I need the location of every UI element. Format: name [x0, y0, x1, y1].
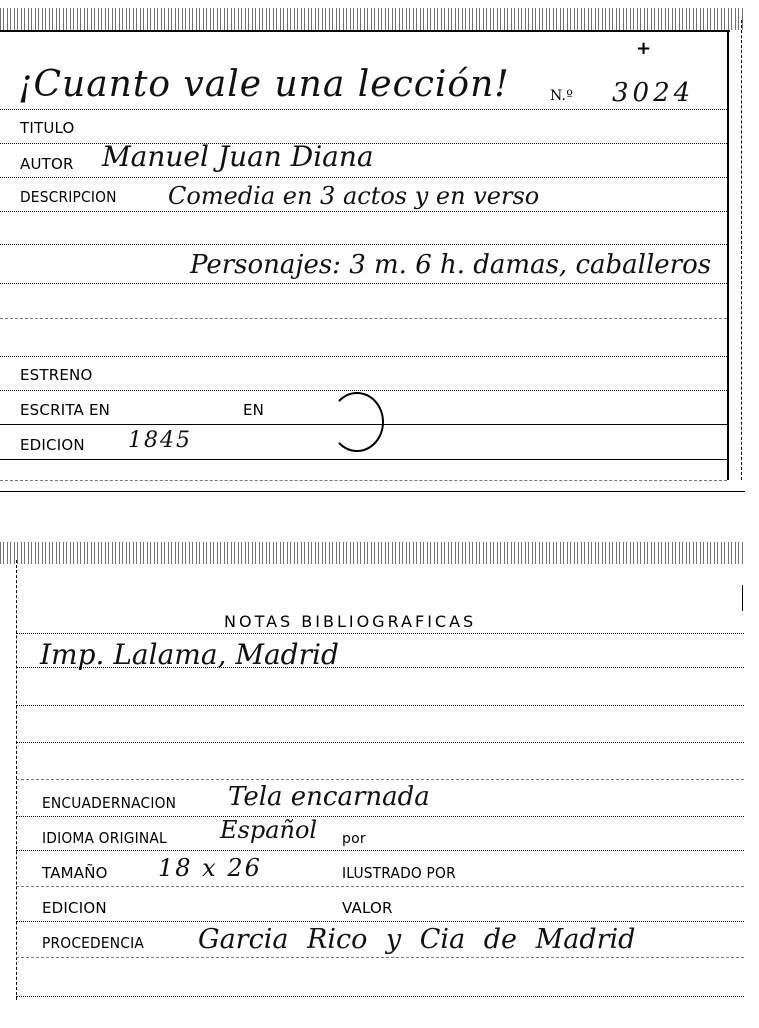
- title-line: [0, 109, 727, 110]
- por-label: por: [342, 831, 366, 847]
- encuadernacion-label: ENCUADERNACION: [42, 794, 176, 812]
- punch-hole-mark: [330, 392, 384, 452]
- edicion-label: EDICION: [20, 436, 85, 454]
- tamano-line: [16, 886, 744, 887]
- idioma-original-value: Español: [220, 816, 317, 844]
- descripcion-line-4: [0, 318, 727, 319]
- notes-line-1: [16, 633, 744, 634]
- personajes-value: Personajes: 3 m. 6 h. damas, caballeros: [190, 250, 711, 280]
- procedencia-line: [16, 957, 744, 958]
- descripcion-label: DESCRIPCION: [20, 188, 117, 206]
- notes-line-4: [16, 742, 744, 743]
- procedencia-value: Garcia Rico y Cia de Madrid: [198, 924, 635, 955]
- title-handwritten: ¡Cuanto vale una lección!: [18, 64, 510, 105]
- notes-line-2: [16, 667, 744, 668]
- descripcion-value: Comedia en 3 actos y en verso: [168, 182, 539, 210]
- edicion-label-2: EDICION: [42, 899, 107, 917]
- notes-heading: NOTAS BIBLIOGRAFICAS: [224, 612, 476, 631]
- card-right-edge: [741, 20, 742, 480]
- autor-value: Manuel Juan Diana: [102, 140, 374, 173]
- tamano-label: TAMAÑO: [42, 864, 108, 882]
- autor-label: AUTOR: [20, 155, 74, 173]
- idioma-original-label: IDIOMA ORIGINAL: [42, 829, 167, 847]
- encuadernacion-value: Tela encarnada: [228, 782, 430, 812]
- estreno-label: ESTRENO: [20, 366, 93, 384]
- edicion-value: 1845: [128, 428, 192, 453]
- idioma-line: [16, 850, 744, 851]
- encuadernacion-line: [16, 816, 744, 817]
- card-right-border-2: [742, 585, 743, 611]
- card-right-border: [727, 30, 729, 480]
- edicion-line: [0, 459, 727, 460]
- estreno-line: [0, 390, 727, 391]
- procedencia-label: PROCEDENCIA: [42, 934, 144, 952]
- titulo-label: TITULO: [20, 119, 75, 137]
- descripcion-line: [0, 211, 727, 212]
- card-bottom-line-2: [16, 996, 744, 997]
- valor-label: VALOR: [342, 899, 393, 917]
- check-mark: +: [636, 38, 651, 59]
- ilustrado-por-label: ILUSTRADO POR: [342, 864, 456, 882]
- en-label: EN: [243, 401, 264, 419]
- catalog-card-back: NOTAS BIBLIOGRAFICAS Imp. Lalama, Madrid…: [0, 560, 759, 1028]
- tamano-value: 18 x 26: [158, 854, 262, 882]
- descripcion-line-3: [0, 283, 727, 284]
- notes-line-5: [16, 779, 744, 780]
- notes-line-3: [16, 705, 744, 706]
- descripcion-line-5: [0, 356, 727, 357]
- escrita-en-label: ESCRITA EN: [20, 401, 110, 419]
- card-top-border: [0, 30, 730, 32]
- autor-line: [0, 177, 727, 178]
- card-bottom-dash: [0, 480, 727, 481]
- card-bottom-border: [0, 491, 745, 492]
- catalog-number: 3024: [612, 78, 694, 108]
- descripcion-line-2: [0, 244, 727, 245]
- edicion-line-2: [16, 921, 744, 922]
- catalog-card-front: + ¡Cuanto vale una lección! N.º 3024 TIT…: [0, 0, 759, 500]
- card-left-border: [16, 560, 17, 1000]
- number-label: N.º: [550, 88, 573, 104]
